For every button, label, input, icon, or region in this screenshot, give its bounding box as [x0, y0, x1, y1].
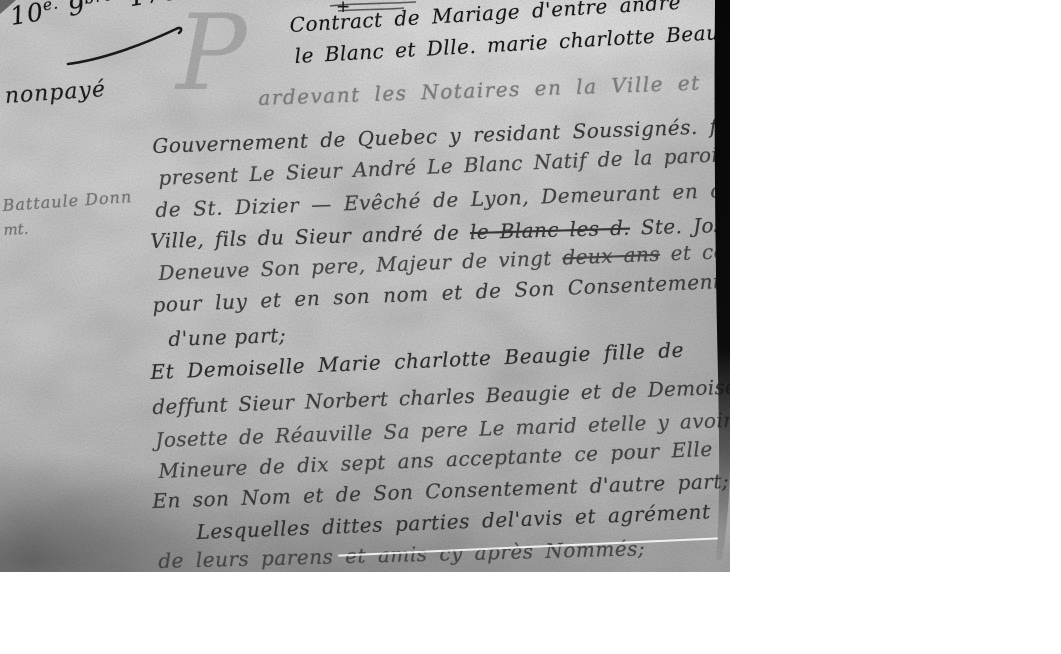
margin-note-faint-line1: Battaule Donn: [2, 187, 133, 215]
body-line-4-pre: Ville, fils du Sieur andré de: [150, 220, 470, 253]
margin-note-faint-line2: mt.: [3, 220, 29, 239]
strikethrough-segment: deux ans: [562, 242, 660, 270]
strikethrough-segment: le Blanc les d.: [470, 216, 631, 244]
date-underline-flourish: [68, 28, 181, 64]
body-line-4-post: Ste. Josette: [630, 212, 730, 240]
margin-note-unpaid: nonpayé: [4, 77, 107, 109]
date-day-suffix: e.: [41, 0, 60, 14]
date-month-suffix: bre.: [83, 0, 121, 8]
document-scan: 10e. 9bre. 1766. nonpayé Battaule Donn m…: [0, 0, 730, 572]
body-line-7: d'une part;: [168, 323, 287, 351]
body-line-5-post: et ce: [659, 239, 726, 266]
opening-initial-flourish: P: [176, 0, 247, 114]
opening-line: ardevant les Notaires en la Ville et du: [258, 69, 730, 110]
corner-shadow: [0, 0, 16, 14]
